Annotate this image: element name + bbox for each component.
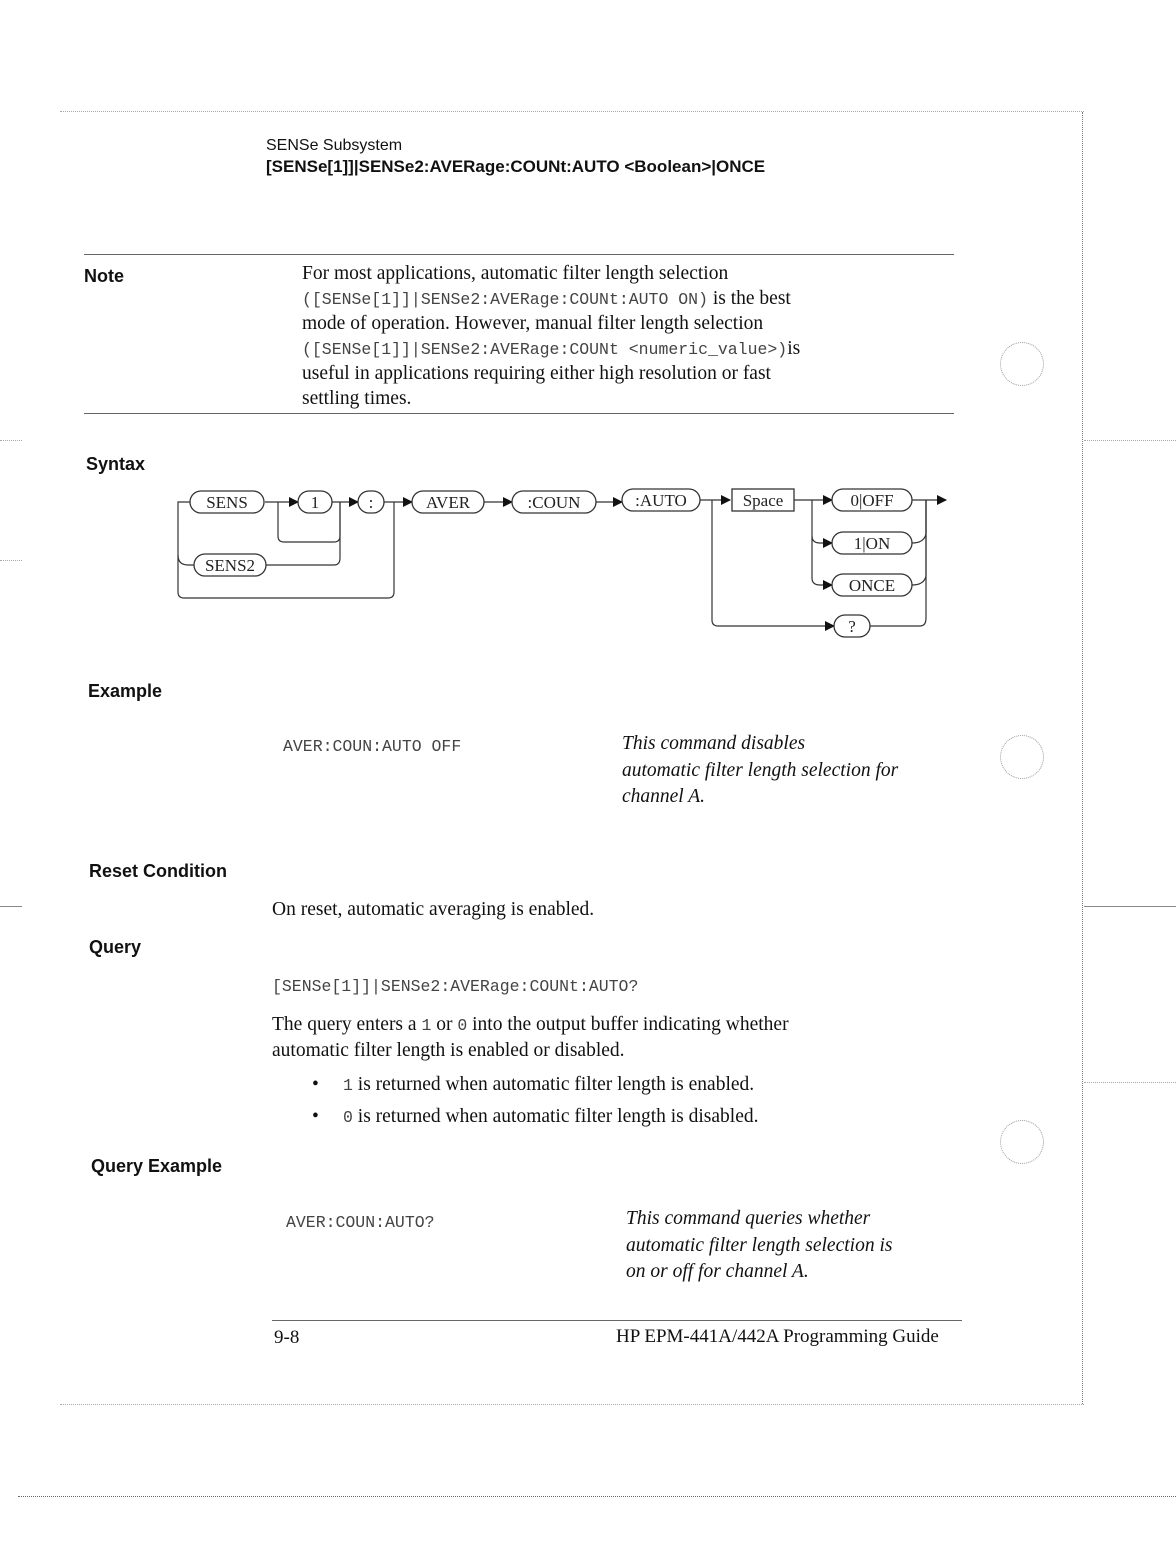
punch-hole-icon — [1000, 1120, 1044, 1164]
svg-text:?: ? — [848, 617, 856, 636]
guide-title: HP EPM-441A/442A Programming Guide — [616, 1326, 939, 1348]
scan-bottom-line — [18, 1496, 1176, 1497]
svg-text:1: 1 — [311, 493, 320, 512]
query-example-code: AVER:COUN:AUTO? — [286, 1213, 435, 1232]
svg-text:AVER: AVER — [426, 493, 471, 512]
svg-text:ONCE: ONCE — [849, 576, 895, 595]
margin-mark — [0, 906, 22, 907]
svg-text:1|ON: 1|ON — [854, 534, 890, 553]
query-example-label: Query Example — [91, 1156, 222, 1177]
example-code: AVER:COUN:AUTO OFF — [283, 737, 461, 756]
example-label: Example — [88, 681, 162, 702]
footer-rule — [272, 1320, 962, 1321]
query-example-description: This command queries whether automatic f… — [626, 1206, 892, 1286]
page-number: 9-8 — [274, 1327, 299, 1349]
reset-condition-text: On reset, automatic averaging is enabled… — [272, 898, 594, 923]
query-bullets: 1 is returned when automatic filter leng… — [312, 1073, 952, 1136]
example-description: This command disables automatic filter l… — [622, 731, 898, 811]
bullet-item: 1 is returned when automatic filter leng… — [312, 1073, 952, 1099]
bullet-item: 0 is returned when automatic filter leng… — [312, 1105, 952, 1131]
syntax-diagram: SENS 1 : SENS2 AVER :COUN :AUTO Space 0|… — [0, 0, 1176, 680]
margin-mark — [1084, 906, 1176, 907]
svg-text::COUN: :COUN — [528, 493, 581, 512]
svg-text::AUTO: :AUTO — [635, 491, 687, 510]
query-label: Query — [89, 937, 141, 958]
margin-mark — [1084, 1082, 1176, 1083]
query-code: [SENSe[1]]|SENSe2:AVERage:COUNt:AUTO? — [272, 977, 638, 996]
query-description: The query enters a 1 or 0 into the outpu… — [272, 1013, 972, 1063]
svg-text:SENS2: SENS2 — [205, 556, 255, 575]
reset-condition-label: Reset Condition — [89, 861, 227, 882]
scan-bottom-edge — [60, 1404, 1084, 1405]
svg-text::: : — [369, 493, 374, 512]
punch-hole-icon — [1000, 735, 1044, 779]
svg-text:Space: Space — [743, 491, 784, 510]
svg-text:0|OFF: 0|OFF — [850, 491, 893, 510]
svg-text:SENS: SENS — [206, 493, 248, 512]
